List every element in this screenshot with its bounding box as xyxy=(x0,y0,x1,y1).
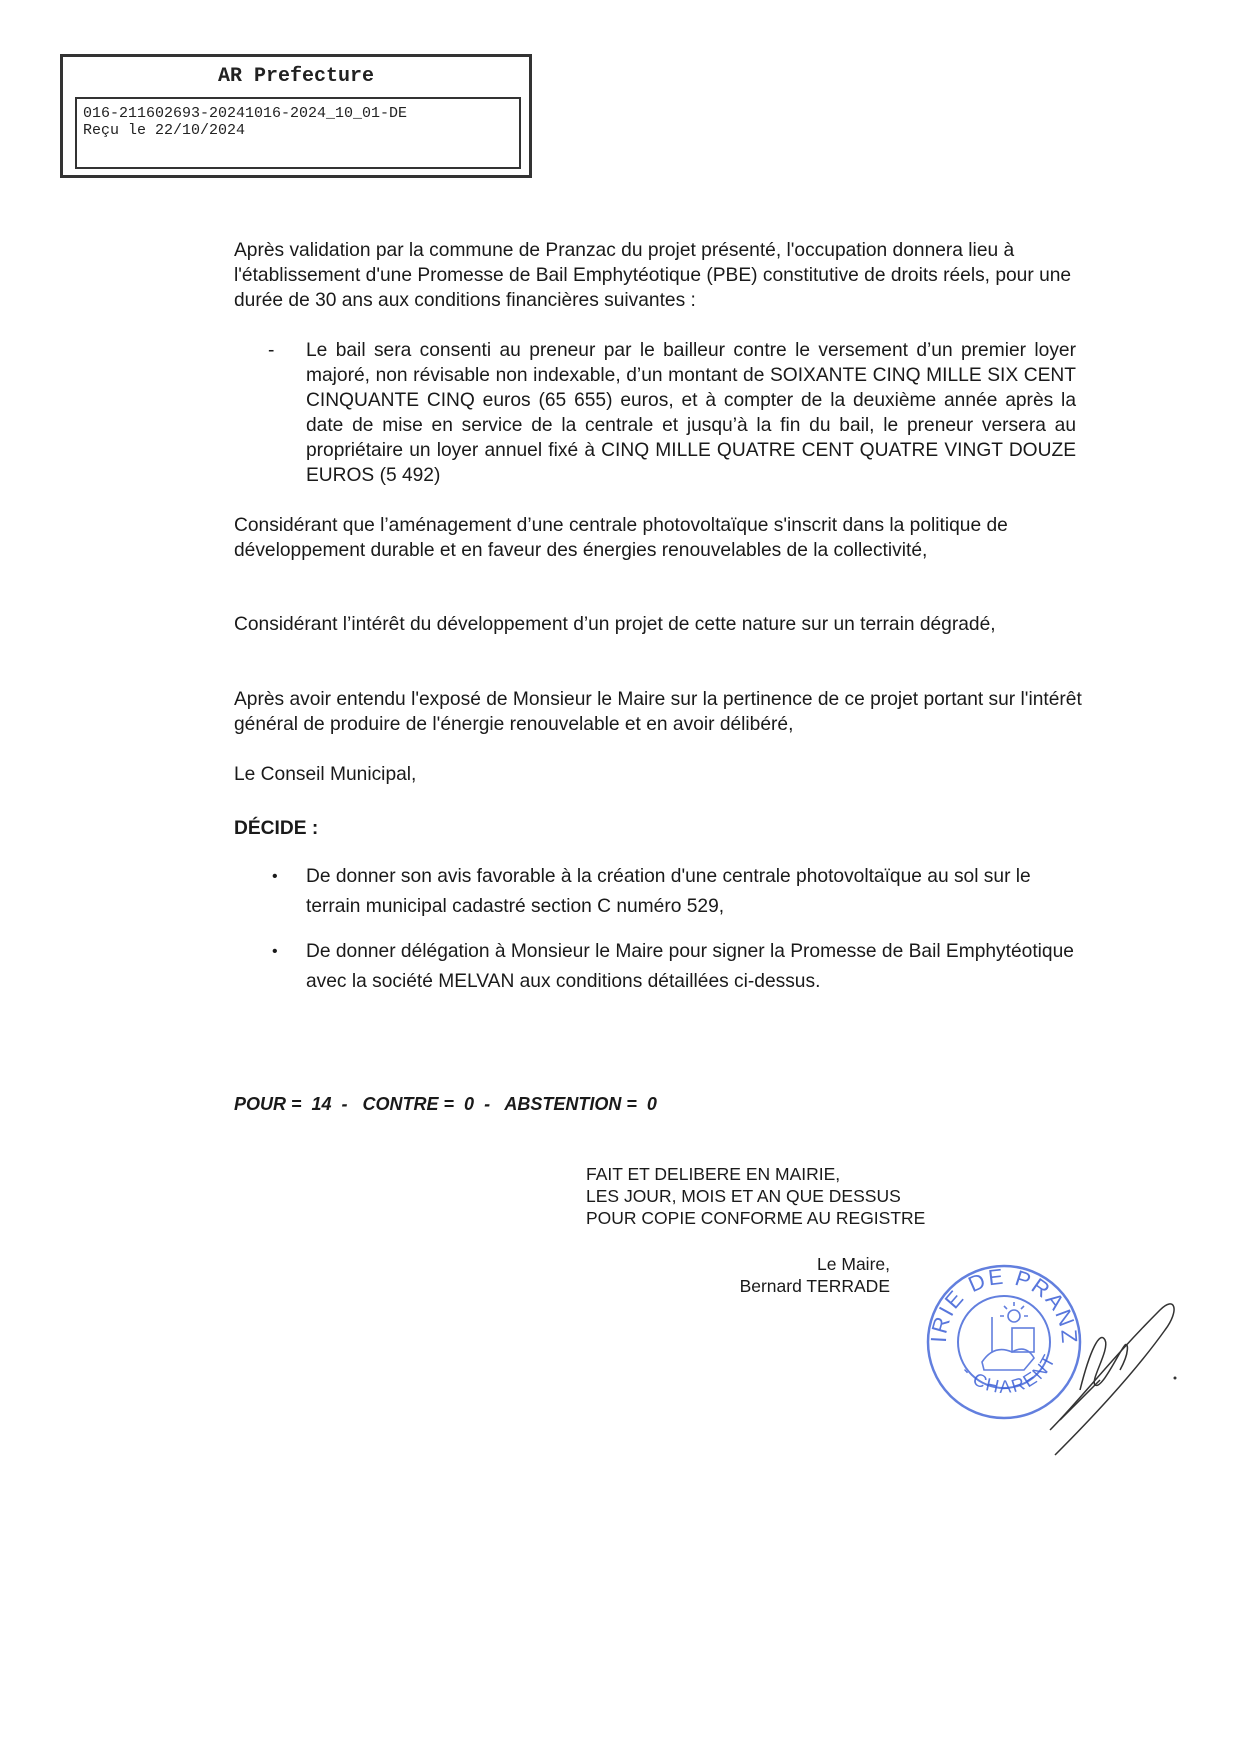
decide-heading: DÉCIDE : xyxy=(234,818,318,840)
bullet-icon: • xyxy=(272,862,278,892)
dash-marker: - xyxy=(268,338,274,363)
closing-block: FAIT ET DELIBERE EN MAIRIE, LES JOUR, MO… xyxy=(586,1163,925,1229)
signatory-block: Le Maire, Bernard TERRADE xyxy=(740,1253,890,1297)
ar-received-date: Reçu le 22/10/2024 xyxy=(83,122,513,139)
considerant-paragraph: Considérant l’intérêt du développement d… xyxy=(234,612,1024,637)
expose-paragraph: Après avoir entendu l'exposé de Monsieur… xyxy=(234,687,1084,737)
condition-text: Le bail sera consenti au preneur par le … xyxy=(306,338,1076,488)
closing-line: POUR COPIE CONFORME AU REGISTRE xyxy=(586,1207,925,1229)
closing-line: FAIT ET DELIBERE EN MAIRIE, xyxy=(586,1163,925,1185)
bullet-icon: • xyxy=(272,937,278,967)
ar-prefecture-box: AR Prefecture 016-211602693-20241016-202… xyxy=(60,54,532,178)
intro-paragraph: Après validation par la commune de Pranz… xyxy=(234,238,1074,313)
ar-title: AR Prefecture xyxy=(63,65,529,88)
signatory-title: Le Maire, xyxy=(740,1253,890,1275)
decision-text: De donner son avis favorable à la créati… xyxy=(306,862,1086,922)
ar-reference: 016-211602693-20241016-2024_10_01-DE xyxy=(83,105,513,122)
signature-icon xyxy=(1040,1290,1180,1460)
signatory-name: Bernard TERRADE xyxy=(740,1275,890,1297)
decision-text: De donner délégation à Monsieur le Maire… xyxy=(306,937,1086,997)
vote-result: POUR = 14 - CONTRE = 0 - ABSTENTION = 0 xyxy=(234,1094,657,1115)
council-label: Le Conseil Municipal, xyxy=(234,762,1074,787)
closing-line: LES JOUR, MOIS ET AN QUE DESSUS xyxy=(586,1185,925,1207)
considerant-paragraph: Considérant que l’aménagement d’une cent… xyxy=(234,513,1034,563)
ar-reference-box: 016-211602693-20241016-2024_10_01-DE Reç… xyxy=(75,97,521,169)
